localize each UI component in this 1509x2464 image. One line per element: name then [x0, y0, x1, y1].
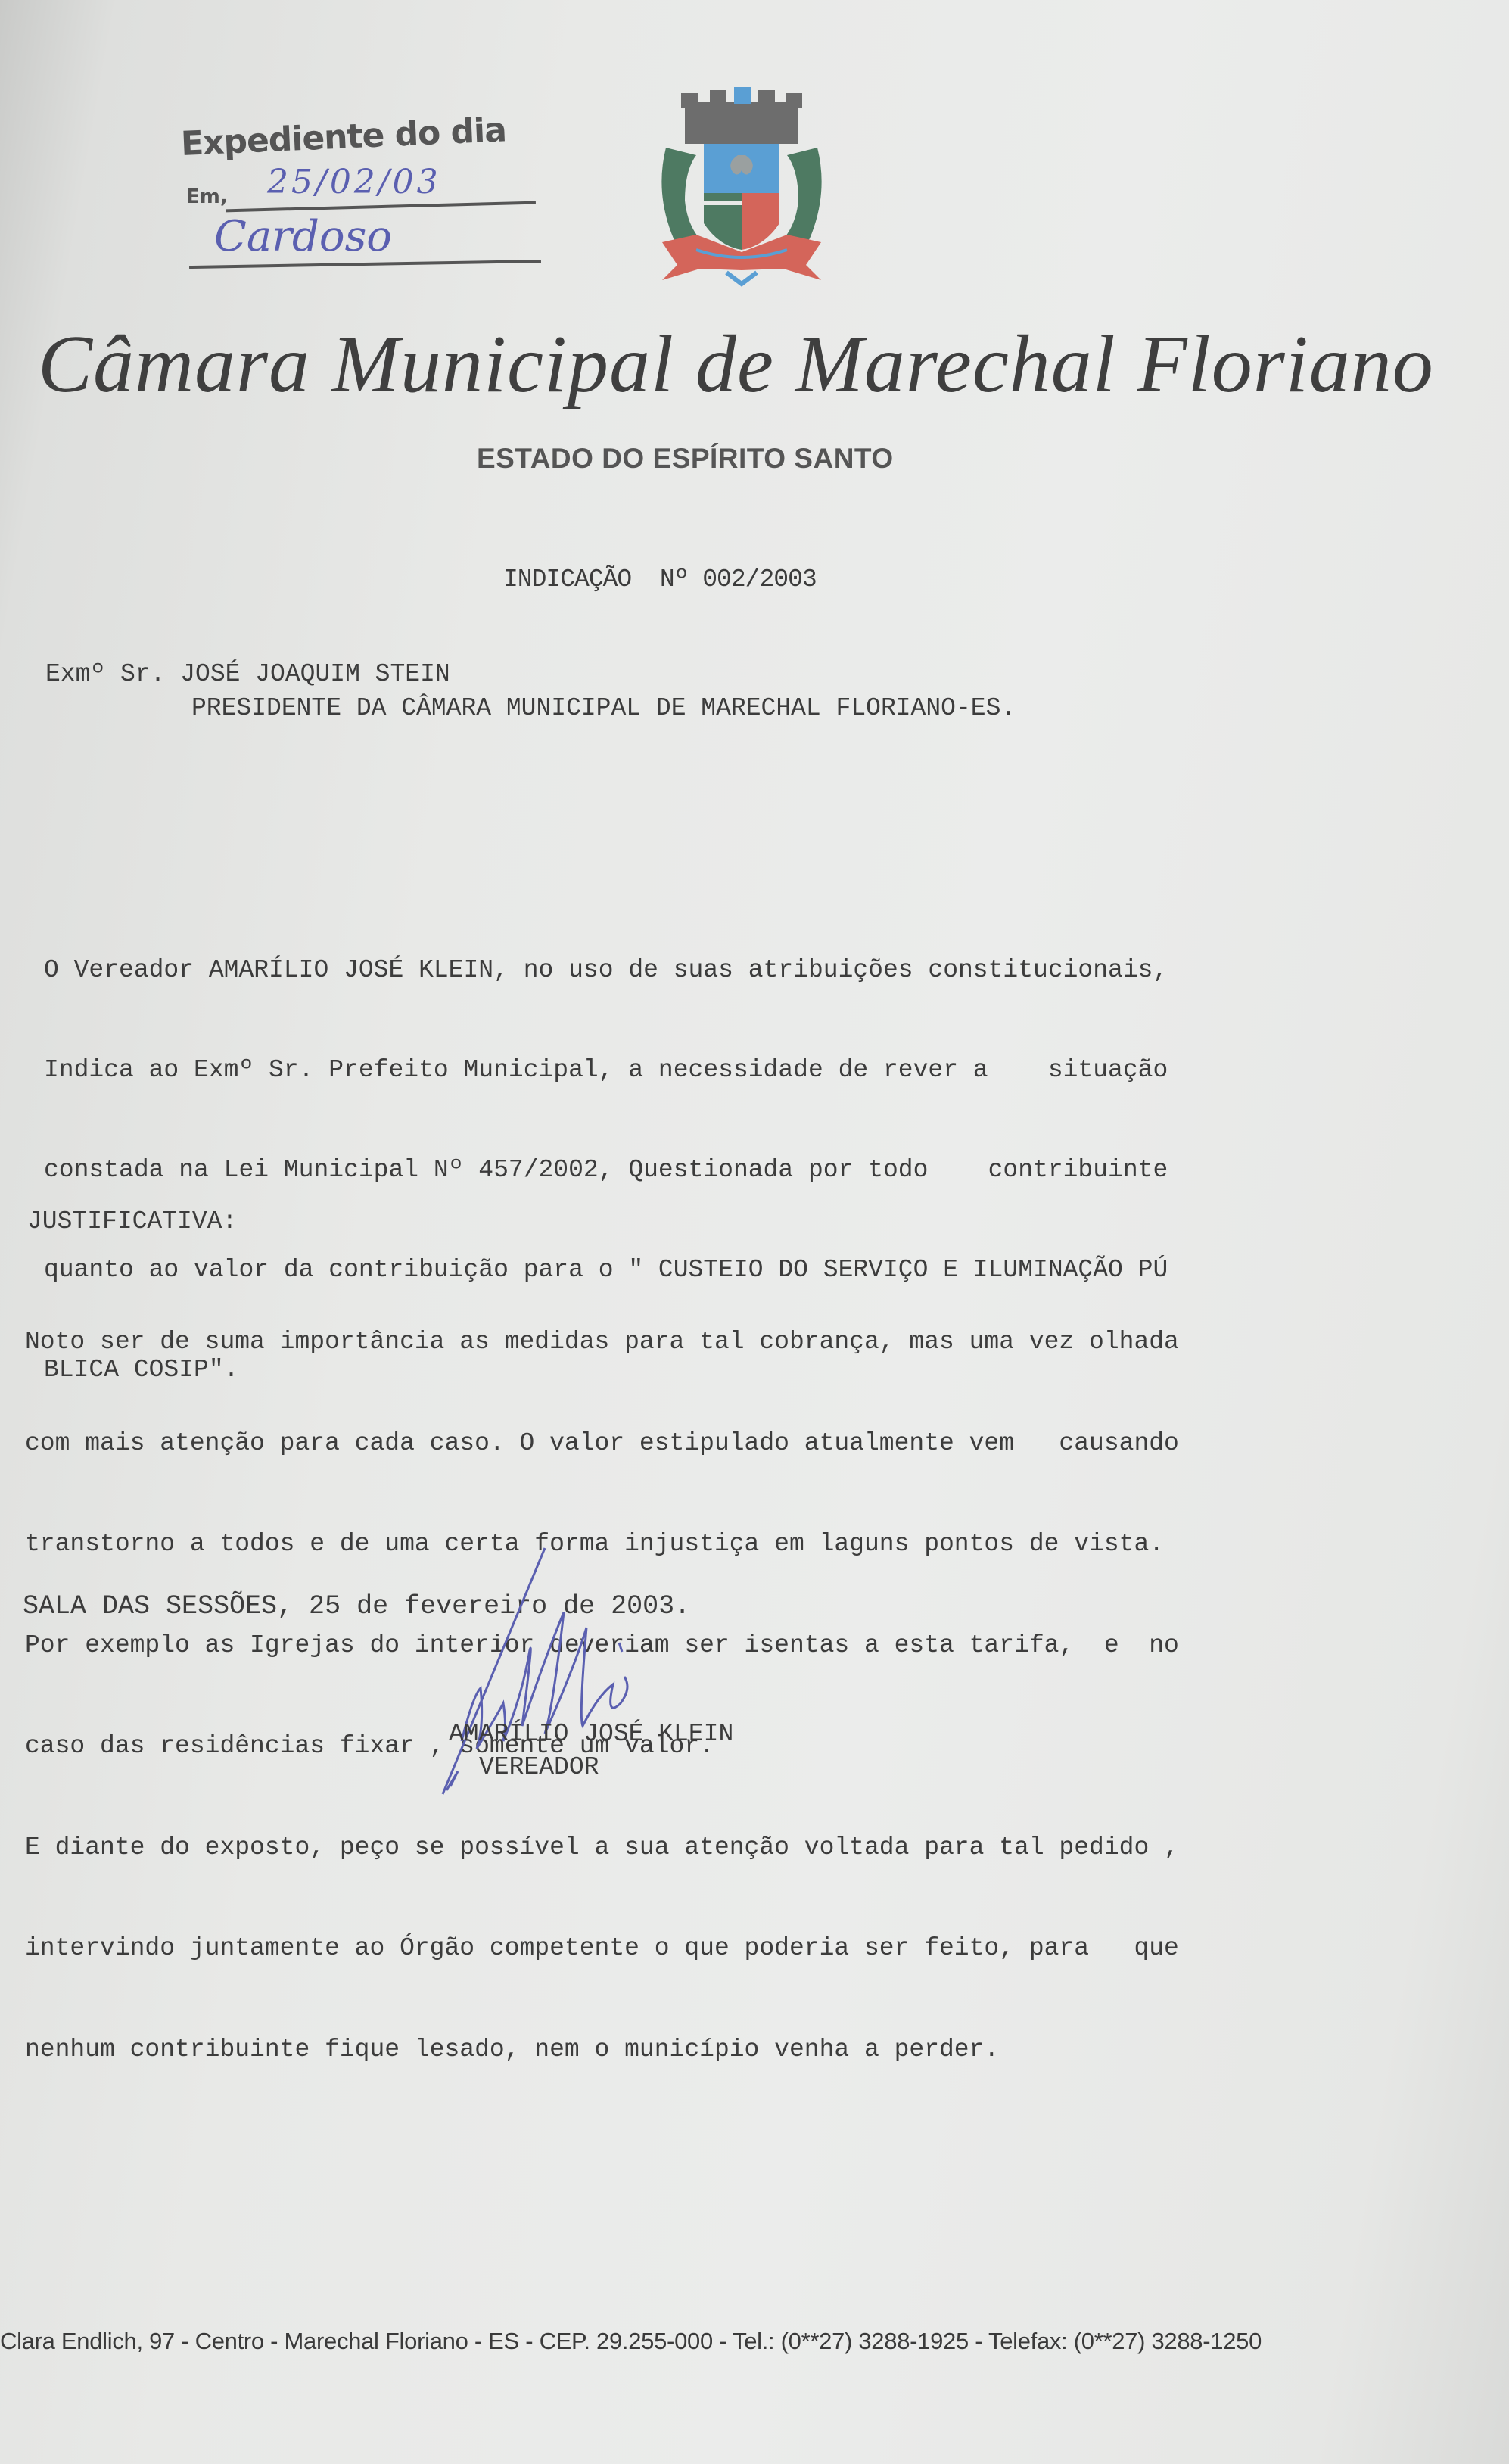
stamp-date-line	[226, 201, 536, 213]
document-page: Expediente do dia Em, 25/02/03 Cardoso C…	[0, 0, 1509, 2464]
receipt-stamp: Expediente do dia Em, 25/02/03 Cardoso	[180, 125, 543, 276]
body-line: Indica ao Exmº Sr. Prefeito Municipal, a…	[44, 1054, 1168, 1087]
coat-of-arms-icon	[651, 79, 832, 291]
body-line: constada na Lei Municipal Nº 457/2002, Q…	[44, 1154, 1168, 1187]
stamp-title: Expediente do dia	[180, 111, 507, 164]
justification-line: intervindo juntamente ao Órgão competent…	[25, 1932, 1179, 1966]
institution-name: Câmara Municipal de Marechal Floriano	[38, 318, 1476, 412]
stamp-signature-handwritten: Cardoso	[214, 212, 392, 261]
document-title: INDICAÇÃO Nº 002/2003	[503, 565, 817, 593]
justification-line: com mais atenção para cada caso. O valor…	[25, 1427, 1179, 1461]
justification-line: nenhum contribuinte fique lesado, nem o …	[25, 2033, 1179, 2067]
justification-line: Noto ser de suma importância as medidas …	[25, 1325, 1179, 1360]
addressee-name: Exmº Sr. JOSÉ JOAQUIM STEIN	[45, 660, 450, 688]
addressee-title: PRESIDENTE DA CÂMARA MUNICIPAL DE MARECH…	[191, 694, 1016, 722]
body-line: O Vereador AMARÍLIO JOSÉ KLEIN, no uso d…	[44, 954, 1168, 987]
stamp-date-handwritten: 25/02/03	[267, 163, 441, 201]
justification-line: E diante do exposto, peço se possível a …	[25, 1831, 1179, 1865]
footer-address: Clara Endlich, 97 - Centro - Marechal Fl…	[0, 2328, 1509, 2355]
signer-name: AMARÍLIO JOSÉ KLEIN	[449, 1720, 733, 1748]
justification-heading: JUSTIFICATIVA:	[27, 1207, 237, 1235]
signer-role: VEREADOR	[479, 1753, 599, 1781]
stamp-date-label: Em,	[186, 185, 228, 208]
state-name: ESTADO DO ESPÍRITO SANTO	[477, 443, 894, 475]
